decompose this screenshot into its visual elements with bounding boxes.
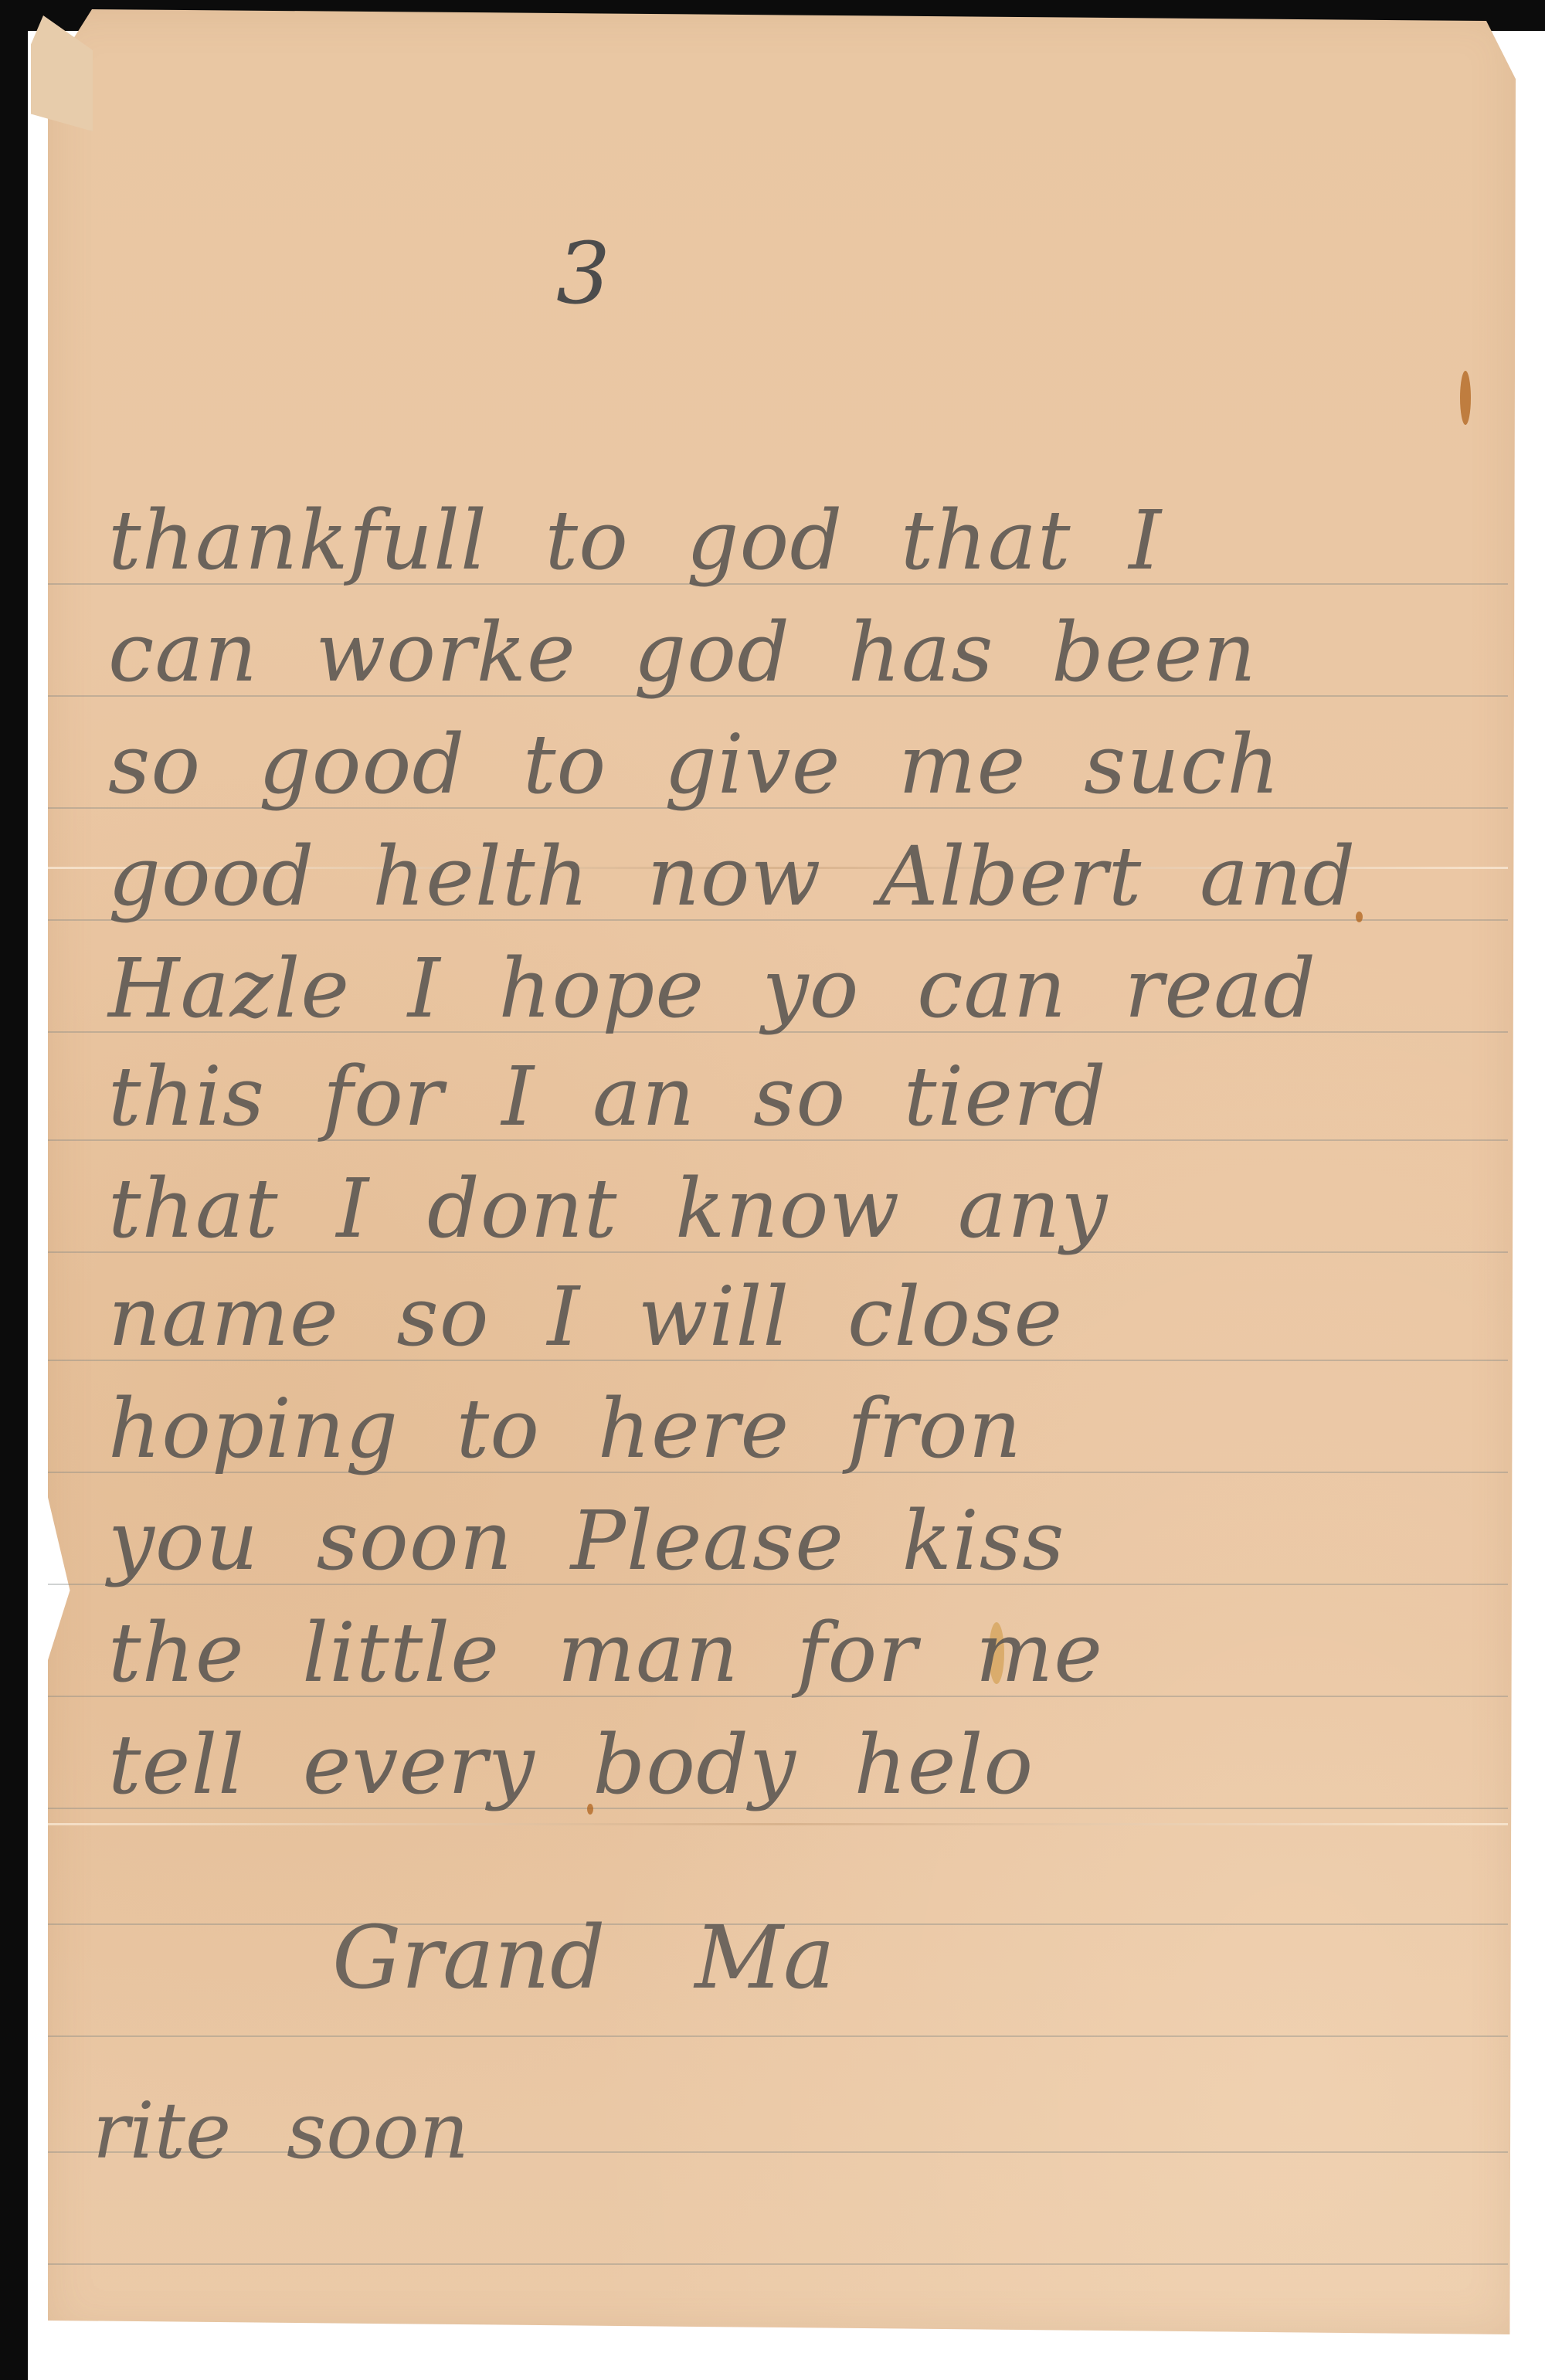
signature: Grand Ma: [332, 1908, 835, 2008]
postscript: rite soon: [93, 2086, 469, 2176]
letter-line: good helth now Albert and: [108, 830, 1483, 923]
letter-line: name so I will close: [108, 1271, 1483, 1363]
letter-line: that I dont know any: [108, 1163, 1483, 1255]
letter-line: so good to give me such: [108, 718, 1483, 811]
letter-line: you soon Please kiss: [108, 1495, 1483, 1587]
stain-mark: [1460, 371, 1471, 425]
letter-line: tell every body helo: [108, 1719, 1483, 1811]
ruled-line: [48, 2263, 1508, 2265]
letter-line: thankfull to god that I: [108, 494, 1483, 587]
page-number: 3: [556, 224, 610, 323]
letter-line: Hazle I hope yo can read: [108, 942, 1483, 1035]
ruled-line: [48, 2035, 1508, 2037]
scanner-background-left: [0, 0, 28, 2380]
letter-line: hoping to here fron: [108, 1383, 1483, 1475]
letter-line: the little man for me: [108, 1607, 1483, 1699]
paper-crease: [48, 1823, 1508, 1825]
letter-line: can worke god has been: [108, 606, 1483, 699]
letter-line: this for I an so tierd: [108, 1051, 1483, 1143]
